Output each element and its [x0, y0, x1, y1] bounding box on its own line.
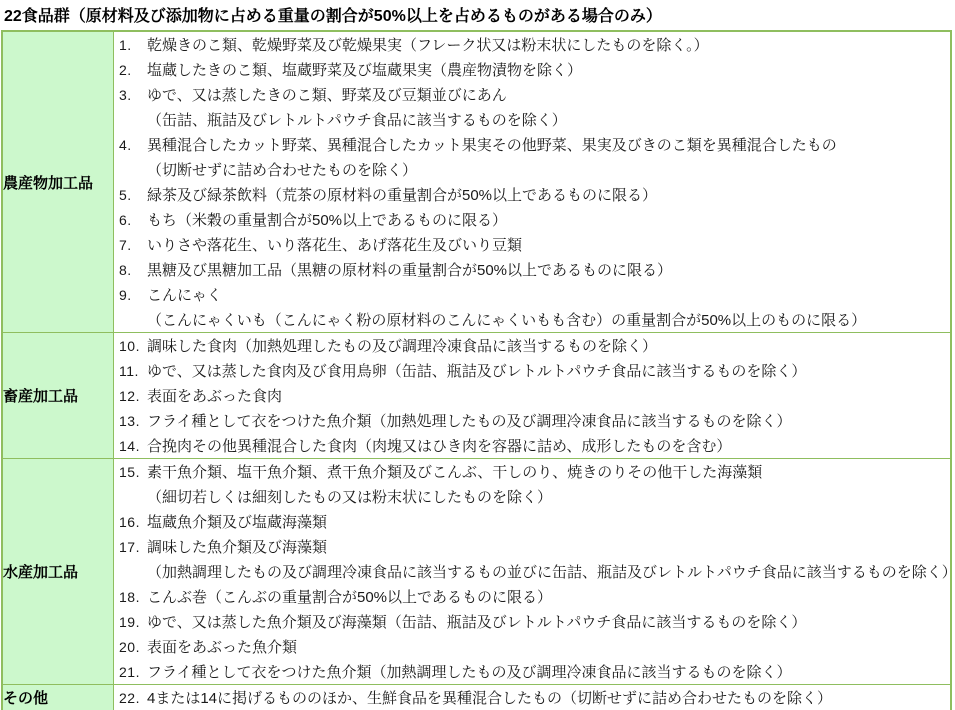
item-number: 19. [114, 614, 146, 630]
item-text: いりさや落花生、いり落花生、あげ落花生及びいり豆類 [146, 234, 522, 255]
item-line: 10.調味した食肉（加熱処理したもの及び調理冷凍食品に該当するものを除く） [114, 333, 950, 358]
item-line: 14.合挽肉その他異種混合した食肉（肉塊又はひき肉を容器に詰め、成形したものを含… [114, 433, 950, 458]
item-number: 21. [114, 664, 146, 680]
item-number: 2. [114, 62, 146, 78]
item-number: 7. [114, 237, 146, 253]
item-continuation-line: （加熱調理したもの及び調理冷凍食品に該当するもの並びに缶詰、瓶詰及びレトルトパウ… [114, 559, 950, 584]
item-line: 9.こんにゃく [114, 282, 950, 307]
item-line: 4.異種混合したカット野菜、異種混合したカット果実その他野菜、果実及びきのこ類を… [114, 132, 950, 157]
item-text: 塩蔵魚介類及び塩蔵海藻類 [146, 511, 327, 532]
item-text: 4または14に掲げるもののほか、生鮮食品を異種混合したもの（切断せずに詰め合わせ… [146, 687, 832, 708]
item-text: こんぶ巻（こんぶの重量割合が50%以上であるものに限る） [146, 586, 552, 607]
item-line: 21.フライ種として衣をつけた魚介類（加熱調理したもの及び調理冷凍食品に該当する… [114, 659, 950, 684]
item-continuation-line: （細切若しくは細刻したもの又は粉末状にしたものを除く） [114, 484, 950, 509]
items-cell: 1.乾燥きのこ類、乾燥野菜及び乾燥果実（フレーク状又は粉末状にしたものを除く。）… [114, 31, 952, 333]
item-text: 調味した魚介類及び海藻類 [146, 536, 327, 557]
item-number: 11. [114, 363, 146, 379]
item-line: 16.塩蔵魚介類及び塩蔵海藻類 [114, 509, 950, 534]
item-line: 11.ゆで、又は蒸した食肉及び食用鳥卵（缶詰、瓶詰及びレトルトパウチ食品に該当す… [114, 358, 950, 383]
item-line: 18.こんぶ巻（こんぶの重量割合が50%以上であるものに限る） [114, 584, 950, 609]
item-line: 6.もち（米穀の重量割合が50%以上であるものに限る） [114, 207, 950, 232]
item-number: 13. [114, 413, 146, 429]
item-text: もち（米穀の重量割合が50%以上であるものに限る） [146, 209, 507, 230]
item-line: 13.フライ種として衣をつけた魚介類（加熱処理したもの及び調理冷凍食品に該当する… [114, 408, 950, 433]
item-text: 塩蔵したきのこ類、塩蔵野菜及び塩蔵果実（農産物漬物を除く） [146, 59, 582, 80]
item-text: 緑茶及び緑茶飲料（荒茶の原材料の重量割合が50%以上であるものに限る） [146, 184, 657, 205]
item-text: 調味した食肉（加熱処理したもの及び調理冷凍食品に該当するものを除く） [146, 335, 657, 356]
item-number: 5. [114, 187, 146, 203]
item-line: 7.いりさや落花生、いり落花生、あげ落花生及びいり豆類 [114, 232, 950, 257]
item-text: 黒糖及び黒糖加工品（黒糖の原材料の重量割合が50%以上であるものに限る） [146, 259, 672, 280]
item-number: 17. [114, 539, 146, 555]
item-text: （細切若しくは細刻したもの又は粉末状にしたものを除く） [146, 486, 552, 507]
food-groups-table: 農産物加工品1.乾燥きのこ類、乾燥野菜及び乾燥果実（フレーク状又は粉末状にしたも… [1, 30, 952, 710]
item-number: 9. [114, 287, 146, 303]
food-table-body: 農産物加工品1.乾燥きのこ類、乾燥野菜及び乾燥果実（フレーク状又は粉末状にしたも… [2, 31, 951, 710]
item-line: 2.塩蔵したきのこ類、塩蔵野菜及び塩蔵果実（農産物漬物を除く） [114, 57, 950, 82]
item-line: 20.表面をあぶった魚介類 [114, 634, 950, 659]
item-continuation-line: （切断せずに詰め合わせたものを除く） [114, 157, 950, 182]
item-text: 異種混合したカット野菜、異種混合したカット果実その他野菜、果実及びきのこ類を異種… [146, 134, 837, 155]
group-row-1: 農産物加工品1.乾燥きのこ類、乾燥野菜及び乾燥果実（フレーク状又は粉末状にしたも… [2, 31, 951, 333]
category-cell: 水産加工品 [2, 459, 114, 685]
items-cell: 10.調味した食肉（加熱処理したもの及び調理冷凍食品に該当するものを除く）11.… [114, 333, 952, 459]
items-cell: 22.4または14に掲げるもののほか、生鮮食品を異種混合したもの（切断せずに詰め… [114, 685, 952, 710]
item-text: 素干魚介類、塩干魚介類、煮干魚介類及びこんぶ、干しのり、焼きのりその他干した海藻… [146, 461, 762, 482]
item-number: 14. [114, 438, 146, 454]
category-cell: 農産物加工品 [2, 31, 114, 333]
item-line: 8.黒糖及び黒糖加工品（黒糖の原材料の重量割合が50%以上であるものに限る） [114, 257, 950, 282]
item-line: 12.表面をあぶった食肉 [114, 383, 950, 408]
item-continuation-line: （こんにゃくいも（こんにゃく粉の原材料のこんにゃくいもも含む）の重量割合が50%… [114, 307, 950, 332]
item-text: （こんにゃくいも（こんにゃく粉の原材料のこんにゃくいもも含む）の重量割合が50%… [146, 309, 866, 330]
item-text: フライ種として衣をつけた魚介類（加熱調理したもの及び調理冷凍食品に該当するものを… [146, 661, 792, 682]
item-line: 1.乾燥きのこ類、乾燥野菜及び乾燥果実（フレーク状又は粉末状にしたものを除く。） [114, 32, 950, 57]
category-cell: 畜産加工品 [2, 333, 114, 459]
item-line: 22.4または14に掲げるもののほか、生鮮食品を異種混合したもの（切断せずに詰め… [114, 685, 950, 710]
group-row-4: その他22.4または14に掲げるもののほか、生鮮食品を異種混合したもの（切断せず… [2, 685, 951, 710]
item-number: 8. [114, 262, 146, 278]
item-number: 3. [114, 87, 146, 103]
item-number: 6. [114, 212, 146, 228]
item-number: 10. [114, 338, 146, 354]
item-number: 18. [114, 589, 146, 605]
item-continuation-line: （缶詰、瓶詰及びレトルトパウチ食品に該当するものを除く） [114, 107, 950, 132]
item-text: 合挽肉その他異種混合した食肉（肉塊又はひき肉を容器に詰め、成形したものを含む） [146, 435, 731, 456]
item-text: 表面をあぶった食肉 [146, 385, 282, 406]
item-text: （切断せずに詰め合わせたものを除く） [146, 159, 417, 180]
group-row-2: 畜産加工品10.調味した食肉（加熱処理したもの及び調理冷凍食品に該当するものを除… [2, 333, 951, 459]
item-text: 乾燥きのこ類、乾燥野菜及び乾燥果実（フレーク状又は粉末状にしたものを除く。） [146, 34, 709, 55]
category-cell: その他 [2, 685, 114, 710]
item-line: 19.ゆで、又は蒸した魚介類及び海藻類（缶詰、瓶詰及びレトルトパウチ食品に該当す… [114, 609, 950, 634]
page: 22食品群（原材料及び添加物に占める重量の割合が50%以上を占めるものがある場合… [0, 0, 955, 710]
items-cell: 15.素干魚介類、塩干魚介類、煮干魚介類及びこんぶ、干しのり、焼きのりその他干し… [114, 459, 952, 685]
item-text: （缶詰、瓶詰及びレトルトパウチ食品に該当するものを除く） [146, 109, 567, 130]
item-number: 12. [114, 388, 146, 404]
group-row-3: 水産加工品15.素干魚介類、塩干魚介類、煮干魚介類及びこんぶ、干しのり、焼きのり… [2, 459, 951, 685]
item-number: 16. [114, 514, 146, 530]
page-title: 22食品群（原材料及び添加物に占める重量の割合が50%以上を占めるものがある場合… [0, 0, 955, 30]
item-line: 3.ゆで、又は蒸したきのこ類、野菜及び豆類並びにあん [114, 82, 950, 107]
item-text: 表面をあぶった魚介類 [146, 636, 297, 657]
item-text: （加熱調理したもの及び調理冷凍食品に該当するもの並びに缶詰、瓶詰及びレトルトパウ… [146, 561, 950, 582]
item-number: 4. [114, 137, 146, 153]
item-text: ゆで、又は蒸したきのこ類、野菜及び豆類並びにあん [146, 84, 507, 105]
item-text: ゆで、又は蒸した魚介類及び海藻類（缶詰、瓶詰及びレトルトパウチ食品に該当するもの… [146, 611, 806, 632]
item-text: フライ種として衣をつけた魚介類（加熱処理したもの及び調理冷凍食品に該当するものを… [146, 410, 792, 431]
item-number: 15. [114, 464, 146, 480]
item-number: 22. [114, 690, 146, 706]
item-text: こんにゃく [146, 284, 222, 305]
item-line: 17.調味した魚介類及び海藻類 [114, 534, 950, 559]
item-number: 1. [114, 37, 146, 53]
item-text: ゆで、又は蒸した食肉及び食用鳥卵（缶詰、瓶詰及びレトルトパウチ食品に該当するもの… [146, 360, 806, 381]
item-line: 5.緑茶及び緑茶飲料（荒茶の原材料の重量割合が50%以上であるものに限る） [114, 182, 950, 207]
item-line: 15.素干魚介類、塩干魚介類、煮干魚介類及びこんぶ、干しのり、焼きのりその他干し… [114, 459, 950, 484]
item-number: 20. [114, 639, 146, 655]
